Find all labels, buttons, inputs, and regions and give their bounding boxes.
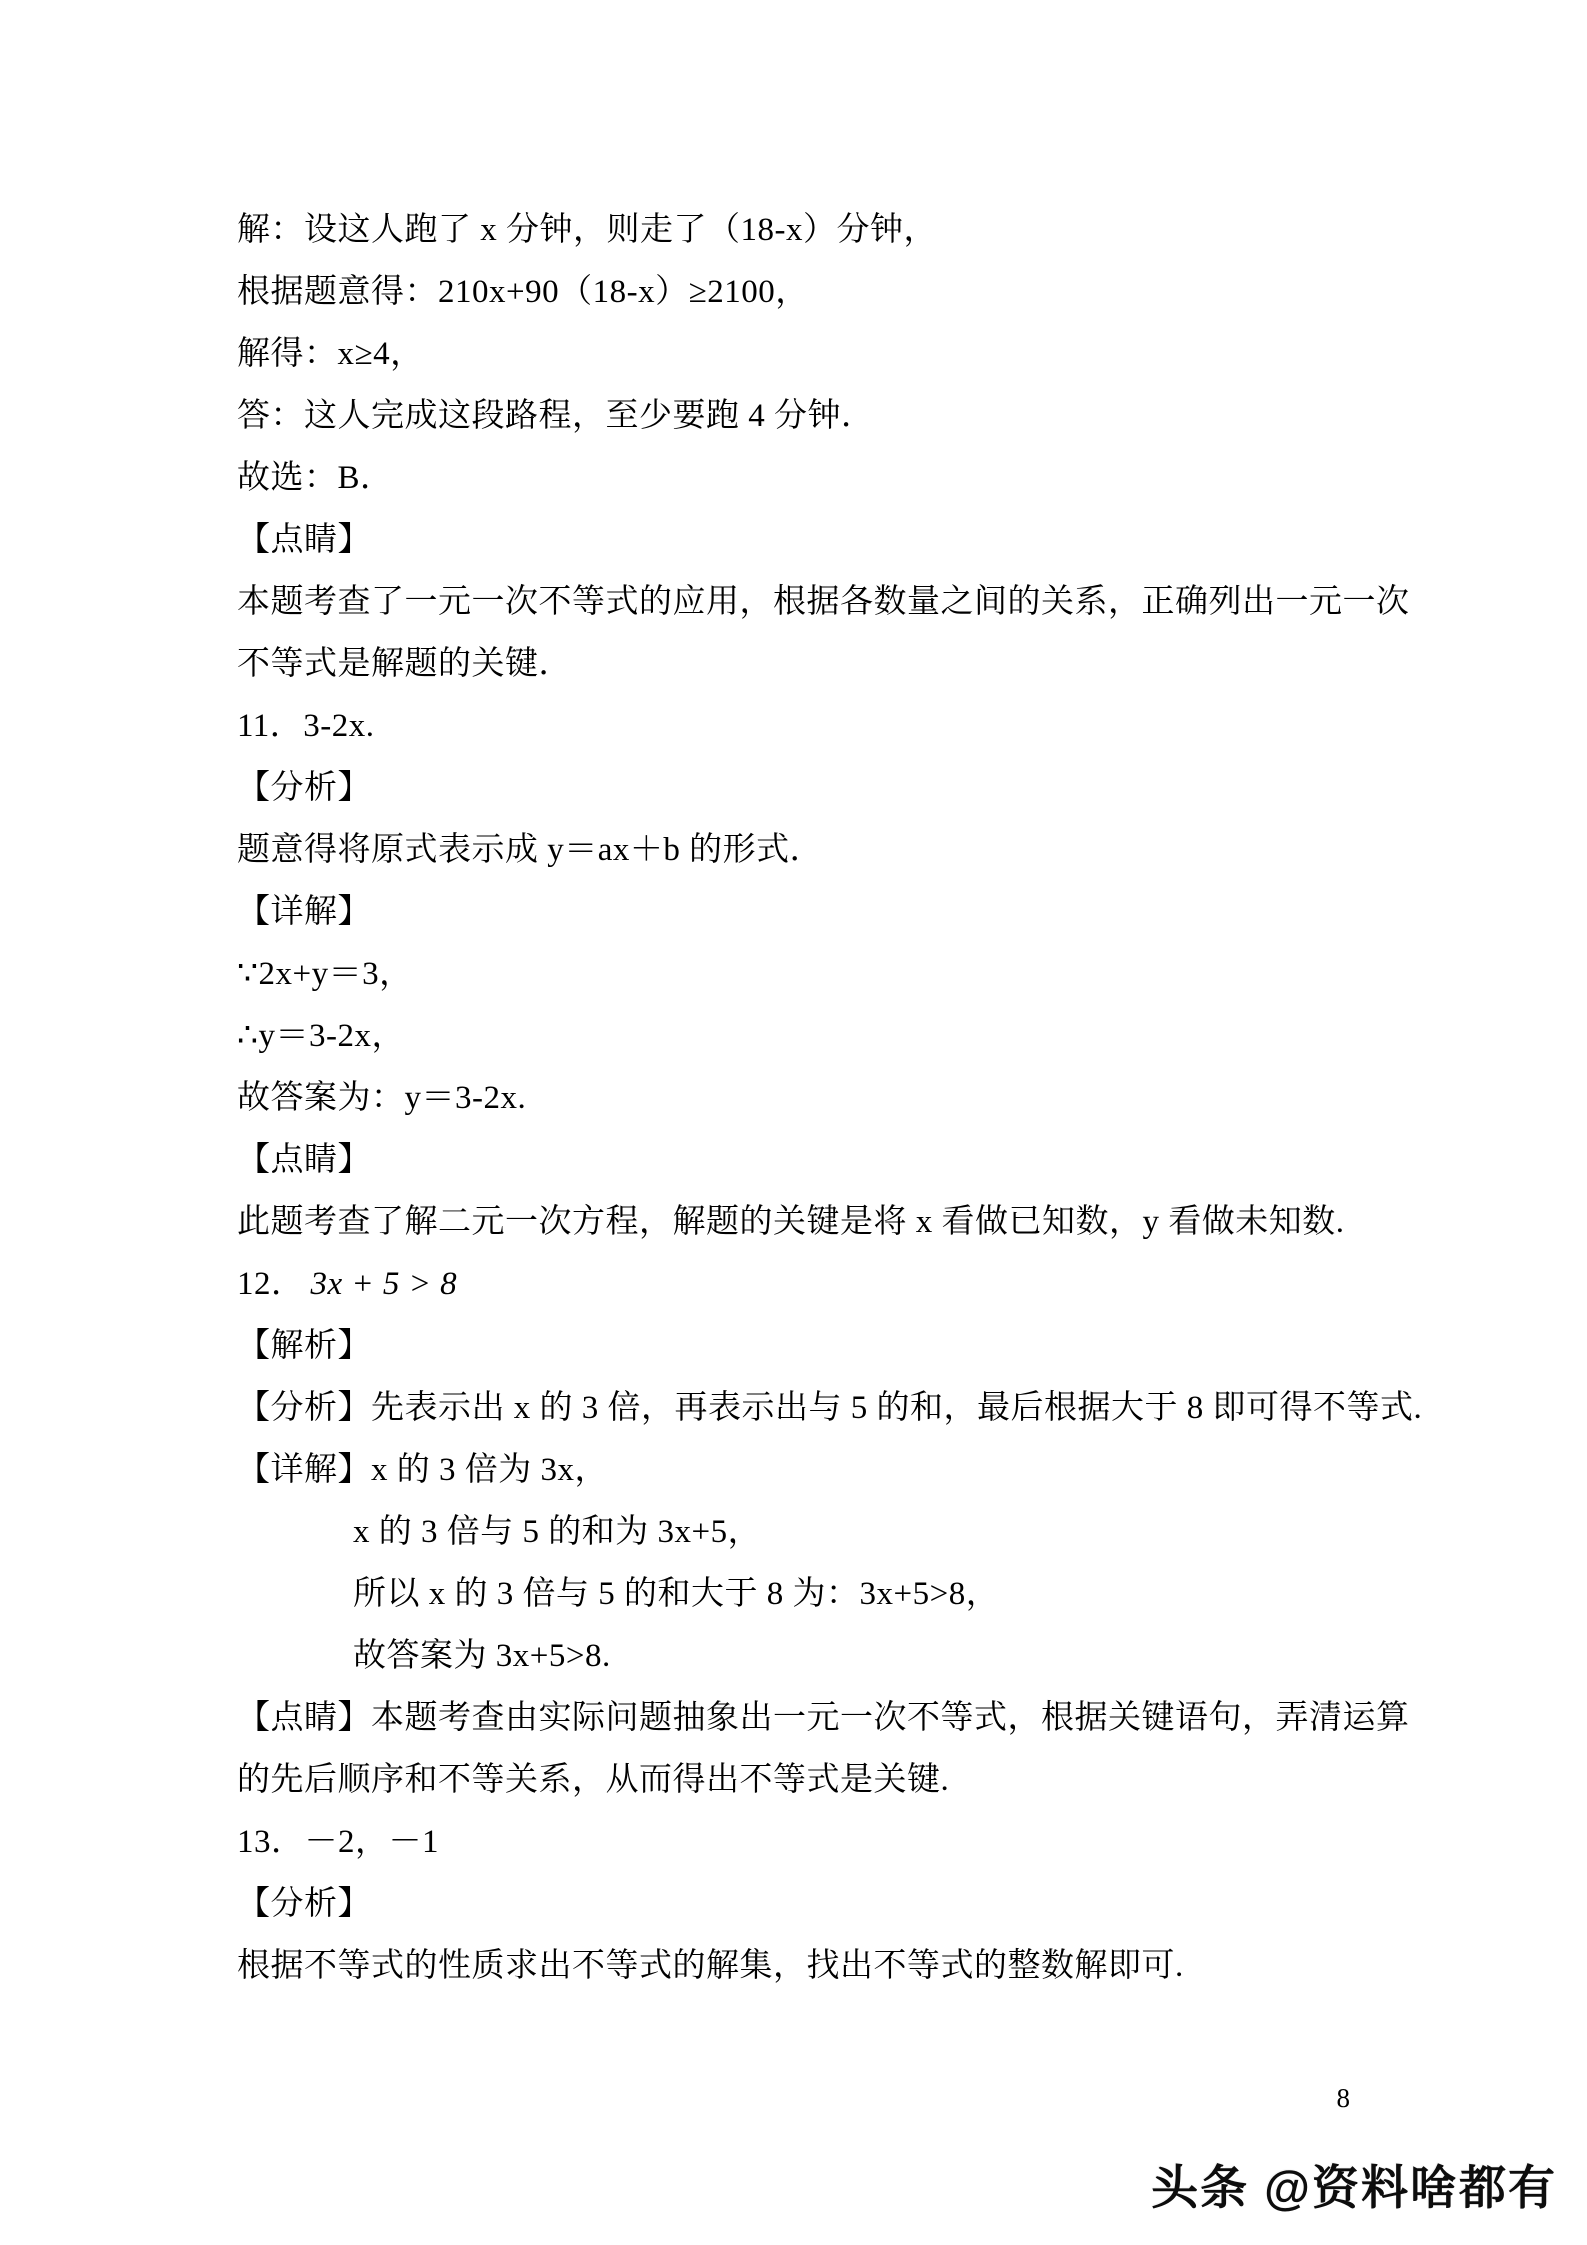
- doc-section-label: 【点睛】: [237, 1129, 1355, 1191]
- line-text: 【分析】: [237, 1873, 371, 1935]
- doc-line: 根据不等式的性质求出不等式的解集，找出不等式的整数解即可.: [237, 1935, 1355, 1997]
- doc-line: 根据题意得：210x+90（18-x）≥2100，: [237, 261, 1355, 323]
- line-text: 【点睛】: [237, 509, 371, 571]
- line-text: 【分析】先表示出 x 的 3 倍，再表示出与 5 的和，最后根据大于 8 即可得…: [237, 1377, 1422, 1439]
- line-text: 12．: [237, 1253, 305, 1315]
- doc-section-label: 【解析】: [237, 1315, 1355, 1377]
- doc-line: 故答案为：y＝3-2x.: [237, 1067, 1355, 1129]
- line-text: 解得：x≥4，: [237, 323, 424, 385]
- doc-section-label: 【详解】: [237, 881, 1355, 943]
- line-text: 【解析】: [237, 1315, 371, 1377]
- line-text: x 的 3 倍与 5 的和为 3x+5，: [353, 1501, 761, 1563]
- doc-line: x 的 3 倍与 5 的和为 3x+5，: [237, 1501, 1355, 1563]
- doc-answer-line: 11．3-2x.: [237, 695, 1355, 757]
- doc-line: 解：设这人跑了 x 分钟，则走了（18-x）分钟，: [237, 199, 1355, 261]
- line-text: 【详解】x 的 3 倍为 3x，: [237, 1439, 608, 1501]
- line-text: 13．－2，－1: [237, 1811, 439, 1873]
- doc-line: ∵2x+y＝3，: [237, 943, 1355, 1005]
- doc-section-label: 【点睛】: [237, 509, 1355, 571]
- doc-line: ∴y＝3-2x，: [237, 1005, 1355, 1067]
- doc-line: 不等式是解题的关键．: [237, 633, 1355, 695]
- line-text: ∴y＝3-2x，: [237, 1005, 405, 1067]
- page-number: 8: [237, 2082, 1350, 2114]
- line-text: 解：设这人跑了 x 分钟，则走了（18-x）分钟，: [237, 199, 937, 261]
- doc-line: 【点睛】本题考查由实际问题抽象出一元一次不等式，根据关键语句，弄清运算: [237, 1687, 1355, 1749]
- line-text: 本题考查了一元一次不等式的应用，根据各数量之间的关系，正确列出一元一次: [237, 571, 1410, 633]
- line-text: 此题考查了解二元一次方程，解题的关键是将 x 看做已知数，y 看做未知数.: [237, 1191, 1345, 1253]
- doc-answer-line: 12．3x + 5 > 8: [237, 1253, 1355, 1315]
- line-text: 题意得将原式表示成 y＝ax＋b 的形式．: [237, 819, 823, 881]
- watermark: 头条 @资料啥都有: [1151, 2160, 1557, 2216]
- doc-line: 所以 x 的 3 倍与 5 的和大于 8 为：3x+5>8，: [237, 1563, 1355, 1625]
- line-text: 故答案为：y＝3-2x.: [237, 1067, 526, 1129]
- document-page: 解：设这人跑了 x 分钟，则走了（18-x）分钟， 根据题意得：210x+90（…: [0, 0, 1587, 2245]
- math-expression: 3x + 5 > 8: [305, 1253, 458, 1315]
- doc-line: 【分析】先表示出 x 的 3 倍，再表示出与 5 的和，最后根据大于 8 即可得…: [237, 1377, 1355, 1439]
- line-text: 【分析】: [237, 757, 371, 819]
- page-content: 解：设这人跑了 x 分钟，则走了（18-x）分钟， 根据题意得：210x+90（…: [237, 199, 1355, 1997]
- line-text: 根据题意得：210x+90（18-x）≥2100，: [237, 261, 809, 323]
- doc-section-label: 【分析】: [237, 1873, 1355, 1935]
- line-text: 故答案为 3x+5>8.: [353, 1625, 611, 1687]
- doc-line: 解得：x≥4，: [237, 323, 1355, 385]
- line-text: 答：这人完成这段路程，至少要跑 4 分钟．: [237, 385, 875, 447]
- doc-section-label: 【分析】: [237, 757, 1355, 819]
- line-text: ∵2x+y＝3，: [237, 943, 413, 1005]
- doc-answer-line: 13．－2，－1: [237, 1811, 1355, 1873]
- line-text: 的先后顺序和不等关系，从而得出不等式是关键.: [237, 1749, 949, 1811]
- line-text: 11．3-2x.: [237, 695, 375, 757]
- line-text: 根据不等式的性质求出不等式的解集，找出不等式的整数解即可.: [237, 1935, 1184, 1997]
- line-text: 【点睛】: [237, 1129, 371, 1191]
- doc-line: 答：这人完成这段路程，至少要跑 4 分钟．: [237, 385, 1355, 447]
- line-text: 所以 x 的 3 倍与 5 的和大于 8 为：3x+5>8，: [353, 1563, 999, 1625]
- doc-line: 故答案为 3x+5>8.: [237, 1625, 1355, 1687]
- doc-line: 此题考查了解二元一次方程，解题的关键是将 x 看做已知数，y 看做未知数.: [237, 1191, 1355, 1253]
- doc-line: 题意得将原式表示成 y＝ax＋b 的形式．: [237, 819, 1355, 881]
- line-text: 故选：B．: [237, 447, 394, 509]
- doc-line: 故选：B．: [237, 447, 1355, 509]
- line-text: 不等式是解题的关键．: [237, 633, 572, 695]
- line-text: 【详解】: [237, 881, 371, 943]
- doc-line: 的先后顺序和不等关系，从而得出不等式是关键.: [237, 1749, 1355, 1811]
- doc-line: 【详解】x 的 3 倍为 3x，: [237, 1439, 1355, 1501]
- doc-line: 本题考查了一元一次不等式的应用，根据各数量之间的关系，正确列出一元一次: [237, 571, 1355, 633]
- line-text: 【点睛】本题考查由实际问题抽象出一元一次不等式，根据关键语句，弄清运算: [237, 1687, 1410, 1749]
